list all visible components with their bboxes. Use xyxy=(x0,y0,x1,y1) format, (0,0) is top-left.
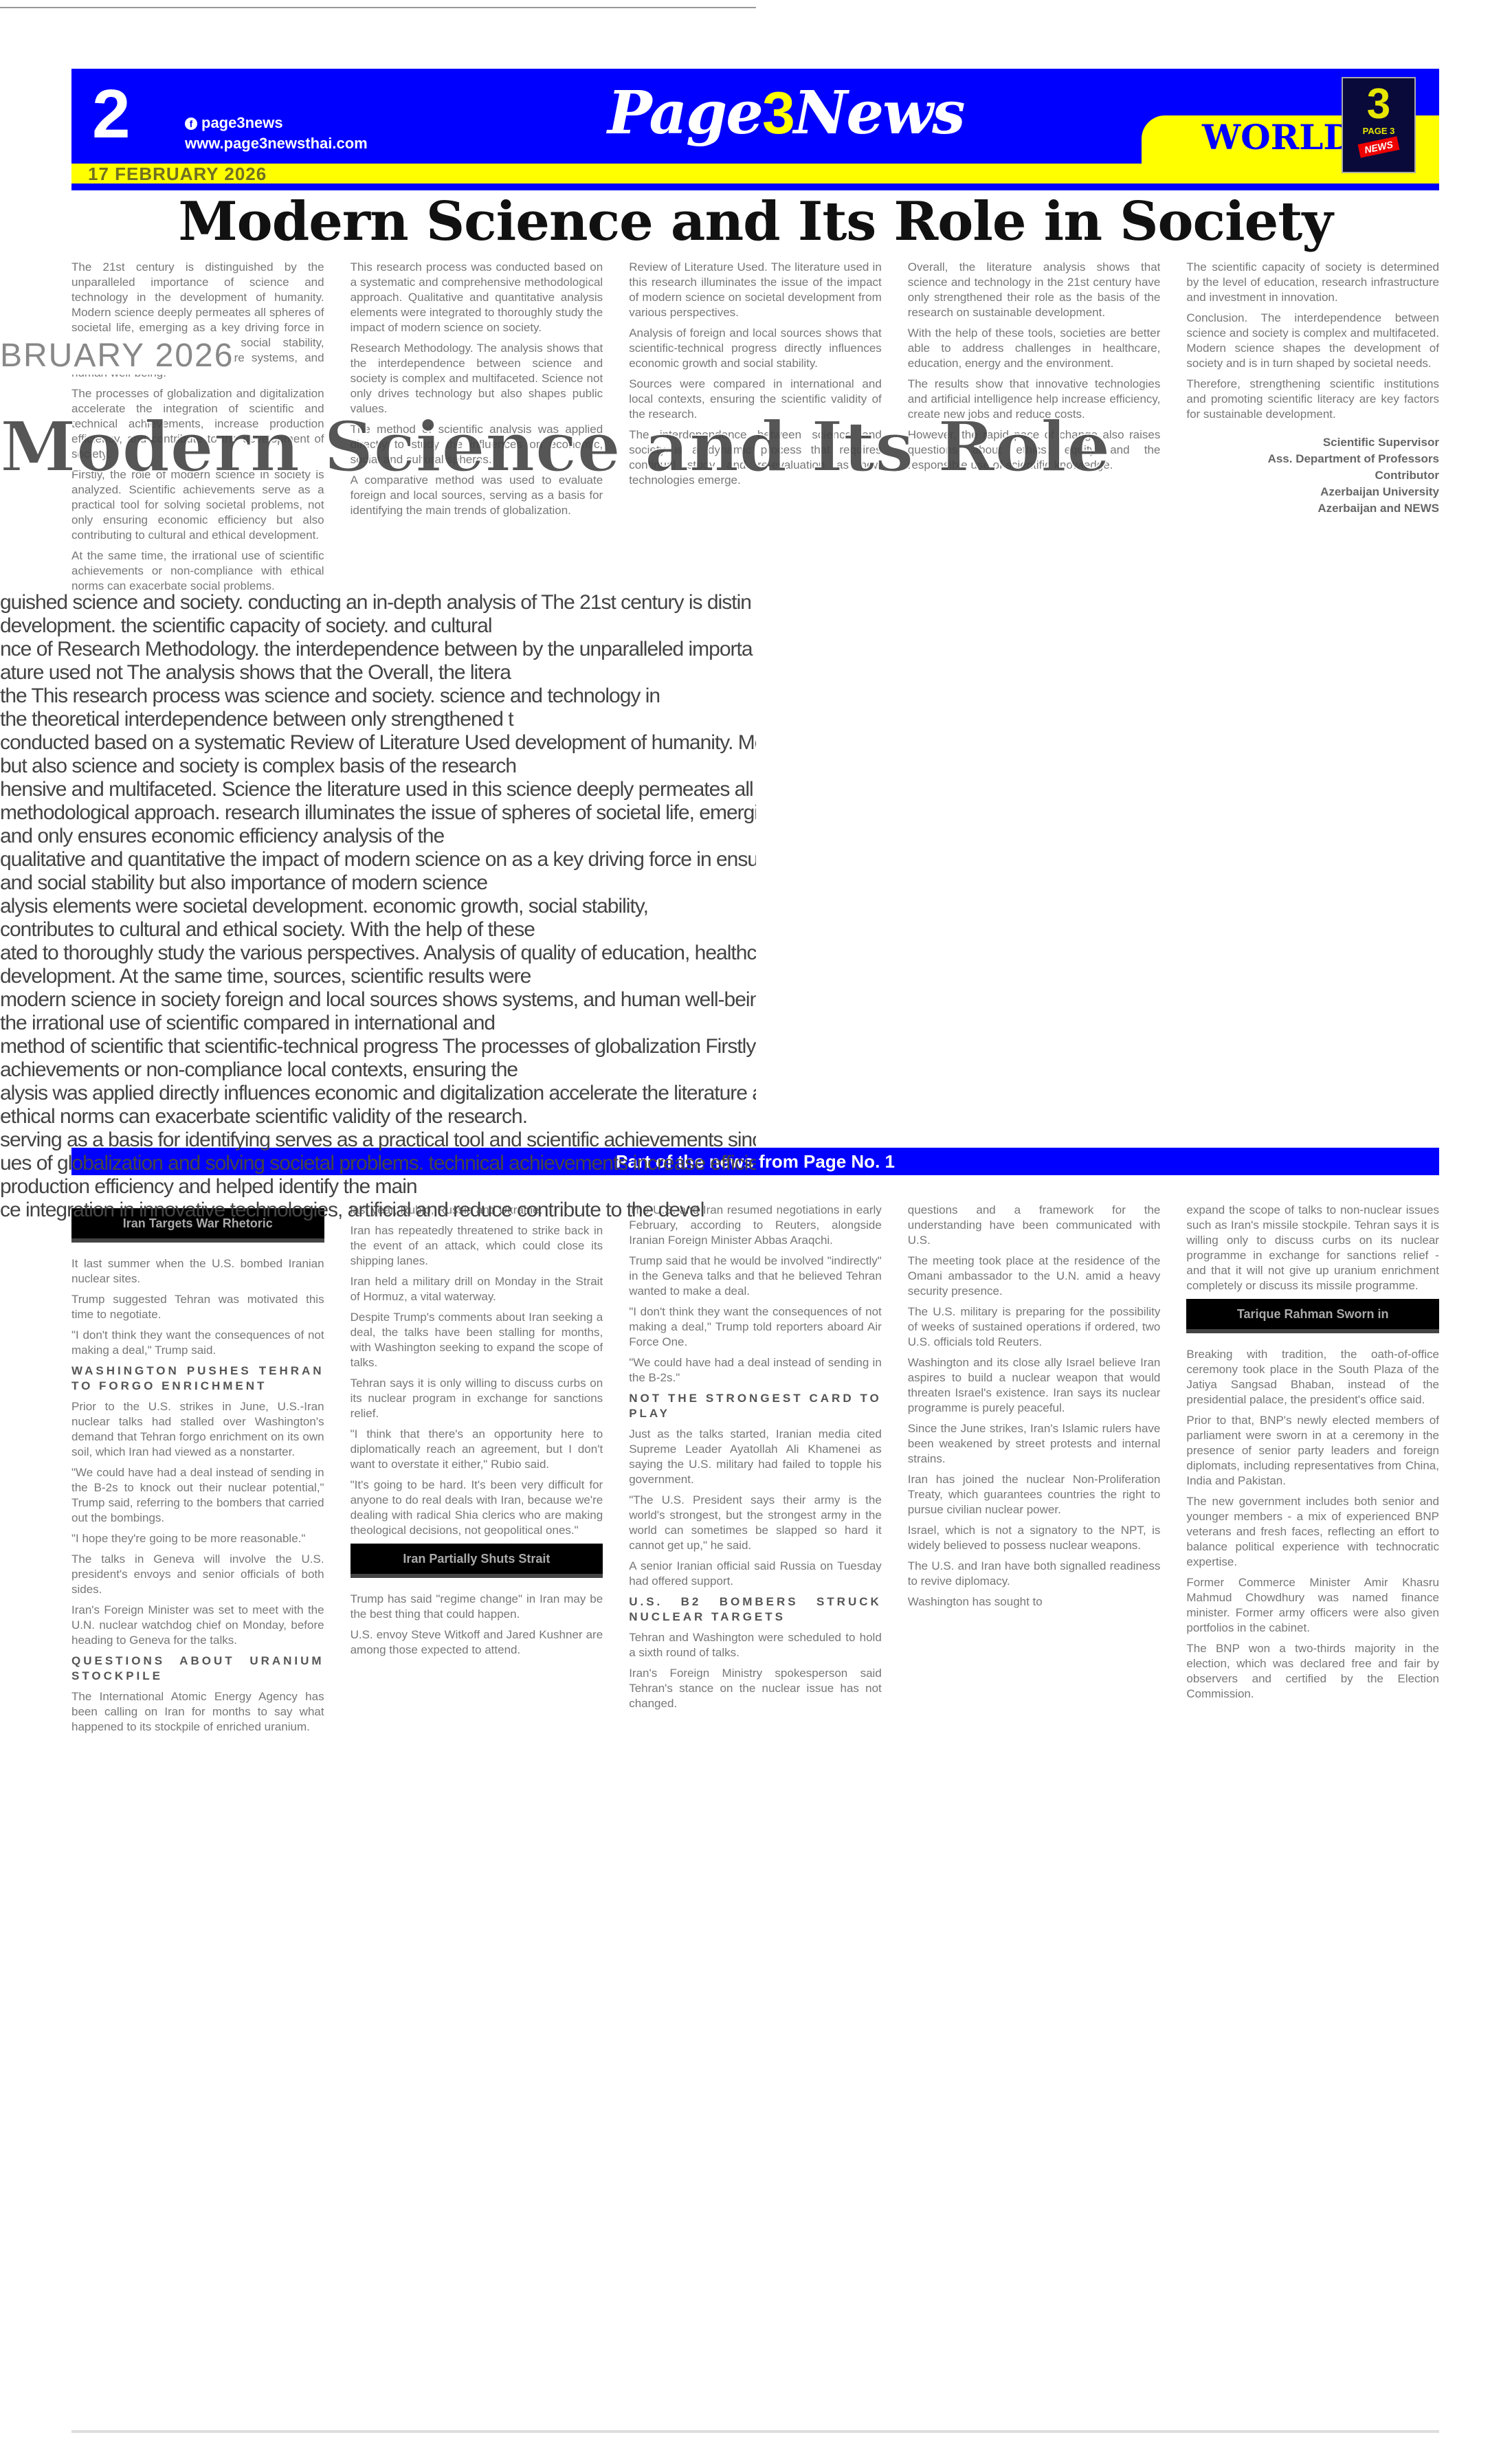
page3-badge-logo: 3 PAGE 3 NEWS xyxy=(1342,77,1416,173)
paragraph: Analysis of foreign and local sources sh… xyxy=(629,326,882,371)
continued-column-3: The U.S. and Iran resumed negotiations i… xyxy=(629,1203,882,2433)
paragraph: Iran's Foreign Minister was set to meet … xyxy=(71,1603,324,1648)
section-title: WORLD xyxy=(1202,117,1353,158)
article-body: The 21st century is distinguished by the… xyxy=(71,260,1439,1201)
paragraph: A comparative method was used to evaluat… xyxy=(351,473,603,518)
paragraph: Breaking with tradition, the oath-of-off… xyxy=(1186,1347,1439,1407)
paragraph: The talks in Geneva will involve the U.S… xyxy=(71,1552,324,1597)
subheading: WASHINGTON PUSHES TEHRAN TO FORGO ENRICH… xyxy=(71,1364,324,1394)
paragraph: The International Atomic Energy Agency h… xyxy=(71,1689,324,1735)
continued-column-5: expand the scope of talks to non-nuclear… xyxy=(1186,1203,1439,2433)
masthead-bottom-rule xyxy=(71,183,1439,190)
paragraph: The new government includes both senior … xyxy=(1186,1494,1439,1570)
paragraph: The method of scientific analysis was ap… xyxy=(351,422,603,467)
subheading: QUESTIONS ABOUT URANIUM STOCKPILE xyxy=(71,1654,324,1684)
page-number: 2 xyxy=(92,80,131,148)
article-column-4: Overall, the literature analysis shows t… xyxy=(908,260,1161,1201)
paragraph: Firstly, the role of modern science in s… xyxy=(71,467,324,543)
paragraph: This research process was conducted base… xyxy=(351,260,603,335)
paragraph: Conclusion. The interdependence between … xyxy=(1186,311,1439,371)
paragraph: Washington has sought to xyxy=(908,1594,1161,1610)
paragraph: A senior Iranian official said Russia on… xyxy=(629,1559,882,1589)
paragraph: Iran's Foreign Ministry spokesperson sai… xyxy=(629,1666,882,1711)
paragraph: The BNP won a two-thirds majority in the… xyxy=(1186,1641,1439,1702)
page-bottom-edge xyxy=(71,2430,1439,2433)
paragraph: Prior to the U.S. strikes in June, U.S.-… xyxy=(71,1399,324,1460)
paragraph: Trump has said "regime change" in Iran m… xyxy=(351,1592,603,1622)
paragraph: "We could have had a deal instead of sen… xyxy=(71,1465,324,1526)
paragraph: "It's going to be hard. It's been very d… xyxy=(351,1478,603,1538)
paragraph: Just as the talks started, Iranian media… xyxy=(629,1427,882,1487)
continued-news-body: Iran Targets War Rhetoric It last summer… xyxy=(71,1203,1439,2433)
paragraph: Therefore, strengthening scientific inst… xyxy=(1186,377,1439,422)
newspaper-logo: Page3News xyxy=(608,79,964,148)
paragraph: The 21st century is distinguished by the… xyxy=(71,260,324,381)
logo-prefix: Page xyxy=(608,78,762,148)
paragraph: expand the scope of talks to non-nuclear… xyxy=(1186,1203,1439,1293)
issue-date: 17 FEBRUARY 2026 xyxy=(88,164,267,183)
paragraph: Sources were compared in international a… xyxy=(629,377,882,422)
paragraph: Since the June strikes, Iran's Islamic r… xyxy=(908,1421,1161,1467)
badge-number: 3 xyxy=(1343,82,1414,126)
paragraph: Former Commerce Minister Amir Khasru Mah… xyxy=(1186,1575,1439,1636)
paragraph: The U.S. military is preparing for the p… xyxy=(908,1304,1161,1350)
page-edge-line xyxy=(0,0,756,8)
paragraph: Israel, which is not a signatory to the … xyxy=(908,1523,1161,1553)
paragraph: The processes of globalization and digit… xyxy=(71,386,324,462)
badge-news-label: NEWS xyxy=(1358,136,1400,158)
article-column-3: Review of Literature Used. The literatur… xyxy=(629,260,882,1201)
paragraph: Trump suggested Tehran was motivated thi… xyxy=(71,1292,324,1322)
subheading: U.S. B2 BOMBERS STRUCK NUCLEAR TARGETS xyxy=(629,1594,882,1625)
continued-column-2: last year, Rubio, Russia and Ukraine. Ir… xyxy=(351,1203,603,2433)
paragraph: The interdependence between science and … xyxy=(629,427,882,488)
website-link[interactable]: www.page3newsthai.com xyxy=(185,133,368,154)
continued-column-4: questions and a framework for the unders… xyxy=(908,1203,1161,2433)
paragraph: "I hope they're going to be more reasona… xyxy=(71,1531,324,1546)
paragraph: Trump said that he would be involved "in… xyxy=(629,1254,882,1299)
paragraph: The meeting took place at the residence … xyxy=(908,1254,1161,1299)
story-label: Iran Targets War Rhetoric xyxy=(71,1208,324,1243)
newspaper-page: 2 fpage3news www.page3newsthai.com 17 FE… xyxy=(71,69,1439,2433)
paragraph: Tehran and Washington were scheduled to … xyxy=(629,1630,882,1660)
paragraph: With the help of these tools, societies … xyxy=(908,326,1161,371)
facebook-handle: page3news xyxy=(201,114,283,131)
paragraph: "I don't think they want the consequence… xyxy=(629,1304,882,1350)
paragraph: Research Methodology. The analysis shows… xyxy=(351,341,603,416)
masthead: 2 fpage3news www.page3newsthai.com 17 FE… xyxy=(71,69,1439,186)
paragraph: The scientific capacity of society is de… xyxy=(1186,260,1439,305)
paragraph: "We could have had a deal instead of sen… xyxy=(629,1355,882,1386)
paragraph: last year, Rubio, Russia and Ukraine. xyxy=(351,1203,603,1218)
paragraph: "I don't think they want the consequence… xyxy=(71,1328,324,1358)
paragraph: Iran has repeatedly threatened to strike… xyxy=(351,1223,603,1269)
paragraph: The results show that innovative technol… xyxy=(908,377,1161,422)
paragraph: Tehran says it is only willing to discus… xyxy=(351,1376,603,1421)
paragraph: Iran held a military drill on Monday in … xyxy=(351,1274,603,1304)
paragraph: "I think that there's an opportunity her… xyxy=(351,1427,603,1472)
logo-suffix: News xyxy=(794,78,964,148)
continued-column-1: Iran Targets War Rhetoric It last summer… xyxy=(71,1203,324,2433)
paragraph: Overall, the literature analysis shows t… xyxy=(908,260,1161,320)
paragraph: U.S. envoy Steve Witkoff and Jared Kushn… xyxy=(351,1627,603,1658)
paragraph: Review of Literature Used. The literatur… xyxy=(629,260,882,320)
paragraph: questions and a framework for the unders… xyxy=(908,1203,1161,1248)
paragraph: It last summer when the U.S. bombed Iran… xyxy=(71,1256,324,1287)
article-headline: Modern Science and Its Role in Society xyxy=(71,191,1439,253)
facebook-link[interactable]: fpage3news xyxy=(185,113,368,133)
paragraph: Iran has joined the nuclear Non-Prolifer… xyxy=(908,1472,1161,1517)
author-byline: Scientific Supervisor Ass. Department of… xyxy=(1186,434,1439,517)
article-column-1: The 21st century is distinguished by the… xyxy=(71,260,324,1201)
badge-page-label: PAGE 3 xyxy=(1343,126,1414,136)
paragraph: Prior to that, BNP's newly elected membe… xyxy=(1186,1413,1439,1489)
social-links: fpage3news www.page3newsthai.com xyxy=(185,113,368,154)
story-label: Iran Partially Shuts Strait xyxy=(351,1544,603,1578)
subheading: NOT THE STRONGEST CARD TO PLAY xyxy=(629,1391,882,1421)
paragraph: Despite Trump's comments about Iran seek… xyxy=(351,1310,603,1370)
article-column-2: This research process was conducted base… xyxy=(351,260,603,1201)
paragraph: However, the rapid pace of change also r… xyxy=(908,427,1161,473)
facebook-icon: f xyxy=(185,118,197,130)
paragraph: The U.S. and Iran have both signalled re… xyxy=(908,1559,1161,1589)
paragraph: "The U.S. President says their army is t… xyxy=(629,1493,882,1553)
article-column-5: The scientific capacity of society is de… xyxy=(1186,260,1439,1201)
story-label: Tarique Rahman Sworn in xyxy=(1186,1299,1439,1333)
paragraph: Washington and its close ally Israel bel… xyxy=(908,1355,1161,1416)
logo-number: 3 xyxy=(762,80,794,146)
paragraph: The U.S. and Iran resumed negotiations i… xyxy=(629,1203,882,1248)
continued-from-page-banner: Part of the news from Page No. 1 xyxy=(71,1148,1439,1175)
paragraph: At the same time, the irrational use of … xyxy=(71,548,324,594)
